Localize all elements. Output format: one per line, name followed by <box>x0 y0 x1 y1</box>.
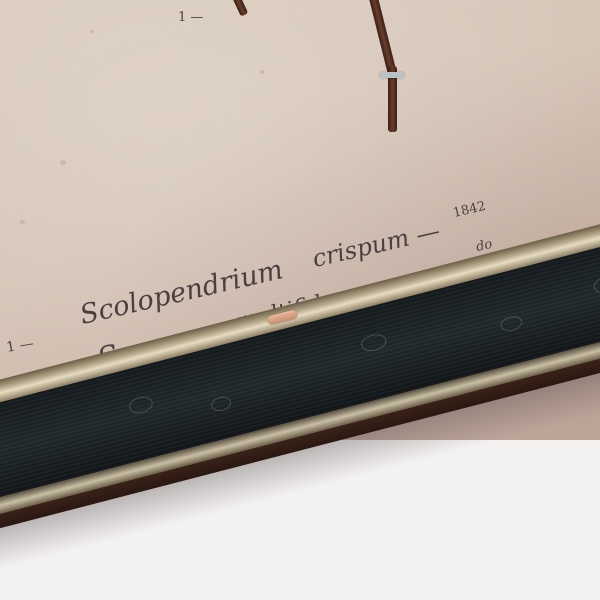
photo-scene: 1 — 1 — Scolopendrium crispum — 1842 2 —… <box>0 0 600 600</box>
floral-ornament <box>499 314 524 333</box>
floral-ornament <box>127 394 154 415</box>
foxing-spot <box>260 70 264 74</box>
foxing-spot <box>20 220 25 224</box>
foxing-spot <box>90 30 94 33</box>
floral-ornament <box>359 332 388 354</box>
floral-ornament <box>592 274 600 295</box>
top-marker-text: 1 — <box>178 10 203 25</box>
foxing-spot <box>60 160 66 165</box>
mounting-strap <box>380 72 404 78</box>
floral-ornament <box>210 395 233 414</box>
